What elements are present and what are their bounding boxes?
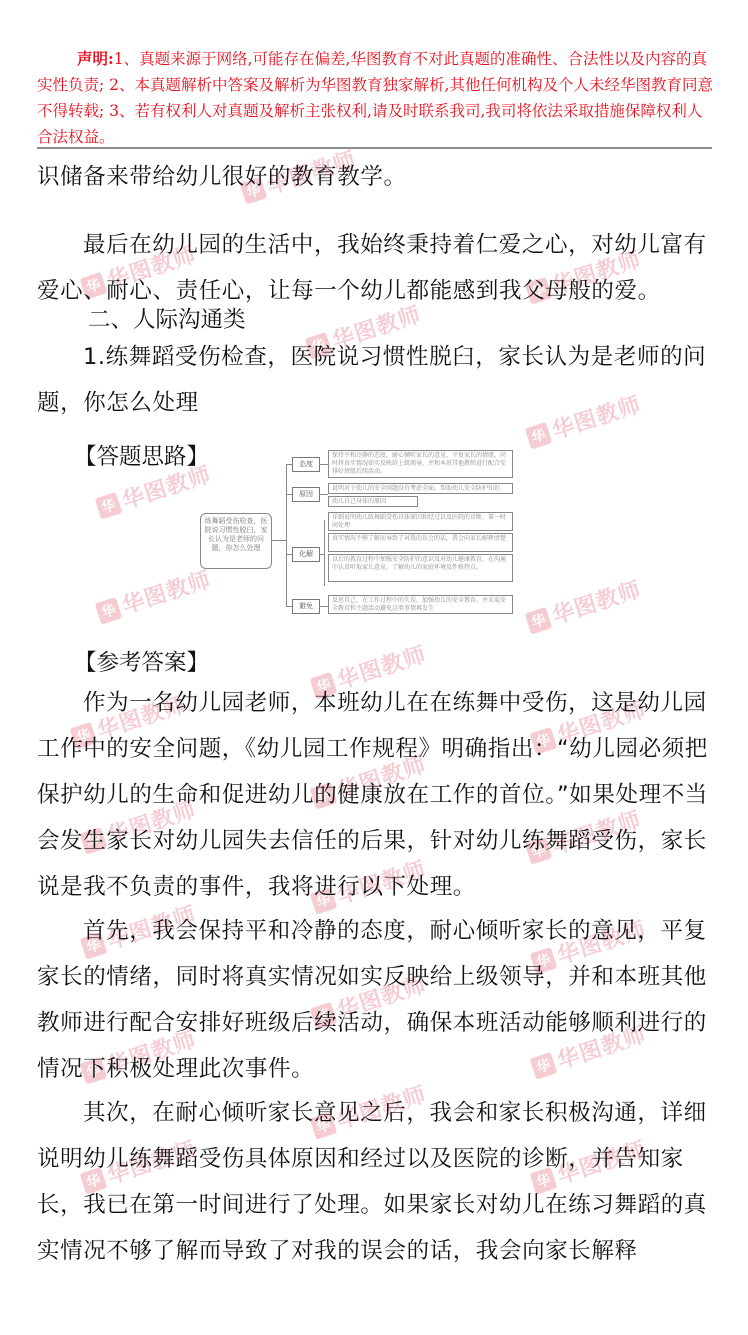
disclaimer-text: 1、真题来源于网络,可能存在偏差,华图教育不对此真题的准确性、合法性以及内容的真… — [37, 50, 713, 146]
connector — [324, 520, 325, 586]
answer-paragraph: 其次，在耐心倾听家长意见之后，我会和家长积极沟通，详细说明幼儿练舞蹈受伤具体原因… — [37, 1090, 717, 1274]
paragraph-last: 最后在幼儿园的生活中，我始终秉持着仁爱之心，对幼儿富有爱心、耐心、责任心，让每一… — [37, 222, 717, 314]
connector — [319, 494, 328, 495]
watermark-logo-icon: 华 — [94, 596, 122, 624]
header-divider — [37, 147, 712, 149]
paragraph-continued: 识储备来带给幼儿很好的教育教学。 — [37, 154, 717, 200]
mind-map-leaf: 说明对于幼儿的安全问题没有考虑全面，帮助幼儿安全防护知识 — [328, 483, 513, 494]
connector — [272, 540, 286, 541]
mind-map-branch: 化解 — [292, 547, 320, 562]
answer-paragraph: 首先，我会保持平和冷静的态度，耐心倾听家长的意见，平复家长的情绪，同时将真实情况… — [37, 908, 717, 1092]
connector — [319, 606, 328, 607]
mind-map-leaf: 幼儿自己身体的原因 — [328, 496, 418, 507]
mind-map-branch: 避免 — [292, 599, 320, 614]
mind-map-leaf: 反思自己，在工作过程中的失误，加强幼儿的安全教育，并采取安全教育和主题活动避免这… — [328, 595, 513, 614]
mind-map-leaf: 以后的教育过程中加强安全防护的意识及对幼儿健康教育，在沟通中认真听取家长意见，了… — [328, 554, 513, 582]
mind-map-root: 练舞蹈受伤检查，医院说习惯性脱臼，家长认为是老师的问题，你怎么处理 — [200, 513, 272, 569]
watermark: 华华图教师 — [523, 573, 645, 639]
connector — [286, 464, 287, 606]
disclaimer-label: 声明: — [37, 49, 114, 68]
mind-map-leaf: 真实情况不够了解而导致了对我的误会的话，我会向家长解释清楚 — [328, 533, 513, 552]
watermark: 华华图教师 — [93, 563, 215, 629]
watermark-logo-icon: 华 — [94, 491, 122, 519]
mind-map: 练舞蹈受伤检查，医院说习惯性脱臼，家长认为是老师的问题，你怎么处理 态度 保持平… — [200, 450, 520, 620]
mind-map-branch: 原因 — [292, 487, 320, 502]
question-text: 1.练舞蹈受伤检查，医院说习惯性脱臼，家长认为是老师的问题，你怎么处理 — [37, 334, 717, 426]
section-heading: 二、人际沟通类 — [88, 302, 246, 334]
mind-map-leaf: 保持平和冷静的态度，耐心倾听家长的意见，平复家长的情绪，同时将真实情况如实反映给… — [328, 450, 513, 478]
mind-map-leaf: 详细说明幼儿练舞蹈受伤具体原因和经过以及医院的诊断，第一时间处理 — [328, 512, 513, 531]
watermark-logo-icon: 华 — [524, 606, 552, 634]
connector — [319, 464, 328, 465]
disclaimer: 声明:1、真题来源于网络,可能存在偏差,华图教育不对此真题的准确性、合法性以及内… — [37, 46, 717, 150]
mind-map-branch: 态度 — [292, 457, 320, 472]
answer-paragraph: 作为一名幼儿园老师，本班幼儿在在练舞中受伤，这是幼儿园工作中的安全问题，《幼儿园… — [37, 680, 717, 910]
thinking-heading: 【答题思路】 — [74, 439, 209, 471]
answer-heading: 【参考答案】 — [74, 645, 209, 677]
